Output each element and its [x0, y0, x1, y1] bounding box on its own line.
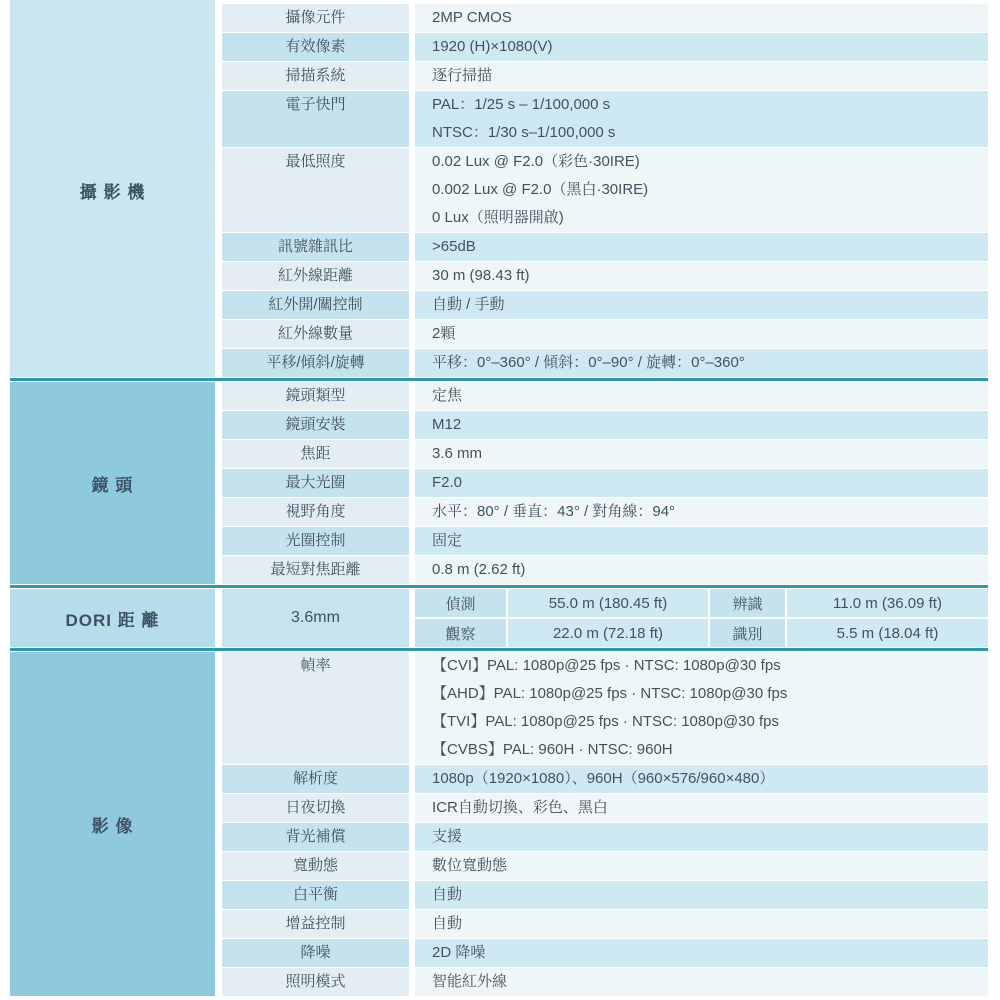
spec-value: 支援	[415, 823, 988, 851]
spec-value-line: 0.002 Lux @ F2.0（黑白·30IRE)	[432, 176, 988, 204]
spec-label: 平移/傾斜/旋轉	[222, 349, 409, 377]
spec-row: 幀率【CVI】PAL: 1080p@25 fps · NTSC: 1080p@3…	[222, 652, 988, 764]
spec-value-line: 定焦	[432, 382, 988, 410]
spec-label: 降噪	[222, 939, 409, 967]
spec-value: 平移：0°–360° / 傾斜：0°–90° / 旋轉：0°–360°	[415, 349, 988, 377]
spec-value-line: 1080p（1920×1080）、960H（960×576/960×480）	[432, 765, 988, 793]
spec-label: 鏡頭類型	[222, 382, 409, 410]
spec-value-line: 【AHD】PAL: 1080p@25 fps · NTSC: 1080p@30 …	[432, 680, 988, 708]
spec-value-line: >65dB	[432, 233, 988, 261]
spec-label: 攝像元件	[222, 4, 409, 32]
spec-label: 最短對焦距離	[222, 556, 409, 584]
spec-label: 視野角度	[222, 498, 409, 526]
spec-value: 自動 / 手動	[415, 291, 988, 319]
spec-row: 電子快門PAL：1/25 s – 1/100,000 sNTSC：1/30 s–…	[222, 91, 988, 147]
dori-grid: 偵測55.0 m (180.45 ft)辨識11.0 m (36.09 ft)觀…	[415, 589, 988, 647]
spec-value-line: 1920 (H)×1080(V)	[432, 33, 988, 61]
category-cell-lens: 鏡 頭	[10, 382, 215, 584]
spec-value: 【CVI】PAL: 1080p@25 fps · NTSC: 1080p@30 …	[415, 652, 988, 764]
category-cell-dori: DORI 距 離	[10, 589, 215, 647]
spec-value: 固定	[415, 527, 988, 555]
spec-value: F2.0	[415, 469, 988, 497]
spec-row: 平移/傾斜/旋轉平移：0°–360° / 傾斜：0°–90° / 旋轉：0°–3…	[222, 349, 988, 377]
spec-row: 最短對焦距離0.8 m (2.62 ft)	[222, 556, 988, 584]
spec-value: ICR自動切換、彩色、黑白	[415, 794, 988, 822]
spec-label: 日夜切換	[222, 794, 409, 822]
spec-value-line: 智能紅外線	[432, 968, 988, 996]
spec-label: 背光補償	[222, 823, 409, 851]
spec-value-line: NTSC：1/30 s–1/100,000 s	[432, 119, 988, 147]
category-cell-image: 影 像	[10, 652, 215, 996]
spec-value: 2D 降噪	[415, 939, 988, 967]
spec-row: 背光補償支援	[222, 823, 988, 851]
spec-value-line: 0.8 m (2.62 ft)	[432, 556, 988, 584]
section-divider	[10, 585, 988, 588]
spec-row: 最低照度0.02 Lux @ F2.0（彩色·30IRE)0.002 Lux @…	[222, 148, 988, 232]
spec-row: 寬動態數位寬動態	[222, 852, 988, 880]
dori-band: 3.6mm偵測55.0 m (180.45 ft)辨識11.0 m (36.09…	[222, 589, 988, 647]
spec-label: 紅外線數量	[222, 320, 409, 348]
spec-value-line: 逐行掃描	[432, 62, 988, 90]
spec-row: 最大光圈F2.0	[222, 469, 988, 497]
spec-value-line: ICR自動切換、彩色、黑白	[432, 794, 988, 822]
spec-table: 攝 影 機攝像元件2MP CMOS有效像素1920 (H)×1080(V)掃描系…	[10, 0, 988, 996]
section-dori: DORI 距 離3.6mm偵測55.0 m (180.45 ft)辨識11.0 …	[10, 589, 988, 647]
spec-row: 紅外開/關控制自動 / 手動	[222, 291, 988, 319]
spec-value-line: 【CVBS】PAL: 960H · NTSC: 960H	[432, 736, 988, 764]
spec-value-line: 水平：80° / 垂直：43° / 對角線：94°	[432, 498, 988, 526]
spec-row: 白平衡自動	[222, 881, 988, 909]
spec-value: 定焦	[415, 382, 988, 410]
spec-row: 日夜切換ICR自動切換、彩色、黑白	[222, 794, 988, 822]
spec-value: 數位寬動態	[415, 852, 988, 880]
spec-label: 光圈控制	[222, 527, 409, 555]
spec-value: 0.02 Lux @ F2.0（彩色·30IRE)0.002 Lux @ F2.…	[415, 148, 988, 232]
spec-label: 增益控制	[222, 910, 409, 938]
spec-value-line: 固定	[432, 527, 988, 555]
spec-value: 智能紅外線	[415, 968, 988, 996]
spec-value: 30 m (98.43 ft)	[415, 262, 988, 290]
spec-label: 最大光圈	[222, 469, 409, 497]
dori-grid-row: 觀察22.0 m (72.18 ft)識別5.5 m (18.04 ft)	[415, 619, 988, 647]
spec-row: 紅外線距離30 m (98.43 ft)	[222, 262, 988, 290]
spec-row: 增益控制自動	[222, 910, 988, 938]
dori-metric-label: 觀察	[415, 619, 506, 647]
spec-value-line: 2D 降噪	[432, 939, 988, 967]
spec-value: 水平：80° / 垂直：43° / 對角線：94°	[415, 498, 988, 526]
spec-value-line: 3.6 mm	[432, 440, 988, 468]
spec-row: 降噪2D 降噪	[222, 939, 988, 967]
spec-value-line: 自動	[432, 910, 988, 938]
spec-value-line: 支援	[432, 823, 988, 851]
dori-metric-value: 55.0 m (180.45 ft)	[508, 589, 708, 617]
category-cell-camera: 攝 影 機	[10, 0, 215, 377]
spec-row: 紅外線數量2顆	[222, 320, 988, 348]
spec-value: 1920 (H)×1080(V)	[415, 33, 988, 61]
dori-metric-value: 22.0 m (72.18 ft)	[508, 619, 708, 647]
spec-value-line: 自動 / 手動	[432, 291, 988, 319]
spec-label: 最低照度	[222, 148, 409, 232]
spec-label: 有效像素	[222, 33, 409, 61]
spec-value: 自動	[415, 881, 988, 909]
spec-label: 紅外線距離	[222, 262, 409, 290]
dori-metric-label: 辨識	[710, 589, 785, 617]
spec-row: 鏡頭安裝M12	[222, 411, 988, 439]
section-lens: 鏡 頭鏡頭類型定焦鏡頭安裝M12焦距3.6 mm最大光圈F2.0視野角度水平：8…	[10, 382, 988, 584]
section-divider	[10, 648, 988, 651]
dori-grid-row: 偵測55.0 m (180.45 ft)辨識11.0 m (36.09 ft)	[415, 589, 988, 617]
spec-value: 2顆	[415, 320, 988, 348]
spec-row: 光圈控制固定	[222, 527, 988, 555]
spec-value: >65dB	[415, 233, 988, 261]
spec-row: 鏡頭類型定焦	[222, 382, 988, 410]
spec-row: 照明模式智能紅外線	[222, 968, 988, 996]
spec-label: 紅外開/關控制	[222, 291, 409, 319]
dori-lens-cell: 3.6mm	[222, 589, 409, 647]
spec-label: 白平衡	[222, 881, 409, 909]
spec-value: PAL：1/25 s – 1/100,000 sNTSC：1/30 s–1/10…	[415, 91, 988, 147]
spec-value: 0.8 m (2.62 ft)	[415, 556, 988, 584]
spec-value-line: 平移：0°–360° / 傾斜：0°–90° / 旋轉：0°–360°	[432, 349, 988, 377]
spec-label: 幀率	[222, 652, 409, 764]
spec-value-line: 30 m (98.43 ft)	[432, 262, 988, 290]
spec-label: 電子快門	[222, 91, 409, 147]
spec-row: 攝像元件2MP CMOS	[222, 4, 988, 32]
spec-label: 鏡頭安裝	[222, 411, 409, 439]
spec-label: 解析度	[222, 765, 409, 793]
spec-value-line: 【TVI】PAL: 1080p@25 fps · NTSC: 1080p@30 …	[432, 708, 988, 736]
spec-row: 視野角度水平：80° / 垂直：43° / 對角線：94°	[222, 498, 988, 526]
spec-value-line: M12	[432, 411, 988, 439]
section-camera: 攝 影 機攝像元件2MP CMOS有效像素1920 (H)×1080(V)掃描系…	[10, 4, 988, 377]
spec-rows: 鏡頭類型定焦鏡頭安裝M12焦距3.6 mm最大光圈F2.0視野角度水平：80° …	[222, 382, 988, 584]
dori-metric-value: 11.0 m (36.09 ft)	[787, 589, 988, 617]
spec-row: 解析度1080p（1920×1080）、960H（960×576/960×480…	[222, 765, 988, 793]
spec-value-line: PAL：1/25 s – 1/100,000 s	[432, 91, 988, 119]
section-divider	[10, 378, 988, 381]
spec-rows: 攝像元件2MP CMOS有效像素1920 (H)×1080(V)掃描系統逐行掃描…	[222, 4, 988, 377]
spec-value: 2MP CMOS	[415, 4, 988, 32]
dori-metric-label: 偵測	[415, 589, 506, 617]
spec-label: 照明模式	[222, 968, 409, 996]
dori-metric-label: 識別	[710, 619, 785, 647]
spec-value-line: 2顆	[432, 320, 988, 348]
spec-label: 寬動態	[222, 852, 409, 880]
spec-row: 有效像素1920 (H)×1080(V)	[222, 33, 988, 61]
spec-row: 焦距3.6 mm	[222, 440, 988, 468]
section-image: 影 像幀率【CVI】PAL: 1080p@25 fps · NTSC: 1080…	[10, 652, 988, 996]
spec-value-line: 2MP CMOS	[432, 4, 988, 32]
spec-value: 3.6 mm	[415, 440, 988, 468]
spec-label: 焦距	[222, 440, 409, 468]
spec-value-line: 自動	[432, 881, 988, 909]
spec-row: 掃描系統逐行掃描	[222, 62, 988, 90]
spec-value: 1080p（1920×1080）、960H（960×576/960×480）	[415, 765, 988, 793]
spec-value-line: 【CVI】PAL: 1080p@25 fps · NTSC: 1080p@30 …	[432, 652, 988, 680]
spec-value-line: F2.0	[432, 469, 988, 497]
spec-value: M12	[415, 411, 988, 439]
spec-value-line: 0 Lux（照明器開啟)	[432, 204, 988, 232]
spec-rows: 幀率【CVI】PAL: 1080p@25 fps · NTSC: 1080p@3…	[222, 652, 988, 996]
spec-value-line: 0.02 Lux @ F2.0（彩色·30IRE)	[432, 148, 988, 176]
spec-label: 掃描系統	[222, 62, 409, 90]
spec-value: 逐行掃描	[415, 62, 988, 90]
spec-value: 自動	[415, 910, 988, 938]
spec-label: 訊號雜訊比	[222, 233, 409, 261]
spec-value-line: 數位寬動態	[432, 852, 988, 880]
dori-metric-value: 5.5 m (18.04 ft)	[787, 619, 988, 647]
spec-row: 訊號雜訊比>65dB	[222, 233, 988, 261]
